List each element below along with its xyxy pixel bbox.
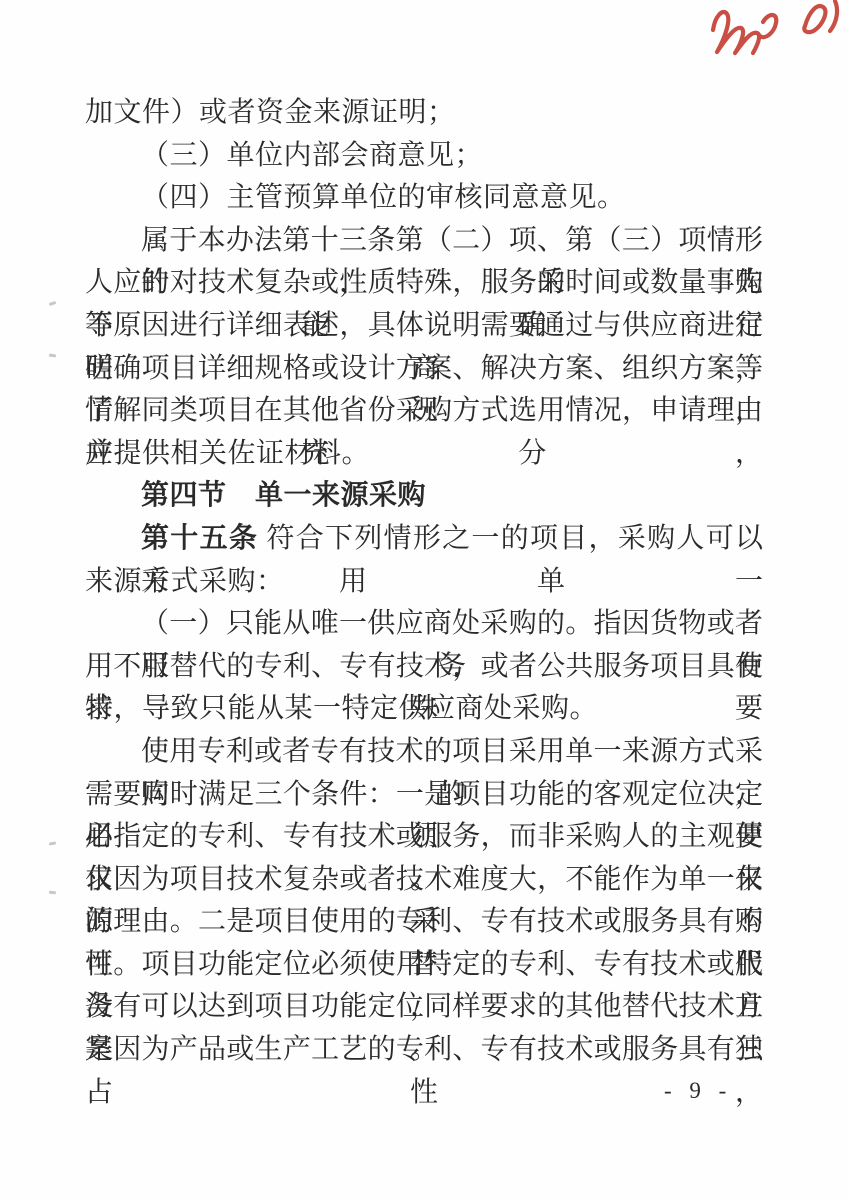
text-line: 属于本办法第十三条第（二）项、第（三）项情形的，采购: [85, 220, 763, 263]
scan-artifact: [49, 841, 56, 845]
text-line: 等原因进行详细表述，具体说明需要通过与供应商进行磋商，: [85, 305, 763, 348]
red-pen-scribble: [705, 0, 848, 70]
text-run: （三）单位内部会商意见；: [141, 140, 483, 171]
text-line: 第四节 单一来源采购: [85, 475, 763, 518]
text-line: 用指定的专利、专有技术或服务，而非采购人的主观要求。仅: [85, 816, 763, 859]
text-line: 用不可替代的专利、专有技术，或者公共服务项目具有特殊要: [85, 646, 763, 689]
document-page: 加文件）或者资金来源证明；（三）单位内部会商意见；（四）主管预算单位的审核同意意…: [0, 0, 848, 1200]
scan-artifact: [49, 354, 56, 358]
text-line: 性。项目功能定位必须使用特定的专利、专有技术或服务，且: [85, 944, 763, 987]
bold-text-run: 第十五条: [141, 523, 258, 554]
text-line: 是因为产品或生产工艺的专利、专有技术或服务具有独占性，: [85, 1029, 763, 1072]
text-run: 来源方式采购：: [85, 566, 285, 597]
text-line: 人应针对技术复杂或性质特殊，服务的时间或数量事先不能确定: [85, 262, 763, 305]
text-run: 是因为产品或生产工艺的专利、专有技术或服务具有独占性，: [85, 1034, 763, 1108]
scan-artifact: [49, 891, 56, 895]
text-run: （四）主管预算单位的审核同意意见。: [141, 182, 626, 213]
text-line: （四）主管预算单位的审核同意意见。: [85, 177, 763, 220]
text-line: 没有可以达到项目功能定位同样要求的其他替代技术方案。三: [85, 986, 763, 1029]
text-line: 明确项目详细规格或设计方案、解决方案、组织方案等情况，: [85, 348, 763, 391]
page-number: - 9 -: [664, 1078, 732, 1104]
text-line: 第十五条 符合下列情形之一的项目，采购人可以采用单一: [85, 518, 763, 561]
text-line: 加文件）或者资金来源证明；: [85, 92, 763, 135]
text-run: 求，导致只能从某一特定供应商处采购。: [85, 693, 598, 724]
text-line: （三）单位内部会商意见；: [85, 135, 763, 178]
text-line: 的理由。二是项目使用的专利、专有技术或服务具有不可替代: [85, 901, 763, 944]
text-line: 了解同类项目在其他省份采购方式选用情况，申请理由应充分，: [85, 390, 763, 433]
document-body: 加文件）或者资金来源证明；（三）单位内部会商意见；（四）主管预算单位的审核同意意…: [85, 92, 763, 1072]
text-line: 使用专利或者专有技术的项目采用单一来源方式采购的，: [85, 731, 763, 774]
text-run: 加文件）或者资金来源证明；: [85, 97, 456, 128]
text-line: 仅因为项目技术复杂或者技术难度大，不能作为单一来源采购: [85, 859, 763, 902]
text-line: 需要同时满足三个条件：一是项目功能的客观定位决定必须使: [85, 774, 763, 817]
scan-artifact: [49, 301, 57, 306]
text-line: （一）只能从唯一供应商处采购的。指因货物或者服务使: [85, 603, 763, 646]
bold-text-run: 第四节 单一来源采购: [141, 480, 426, 511]
text-run: 并提供相关佐证材料。: [85, 438, 370, 469]
